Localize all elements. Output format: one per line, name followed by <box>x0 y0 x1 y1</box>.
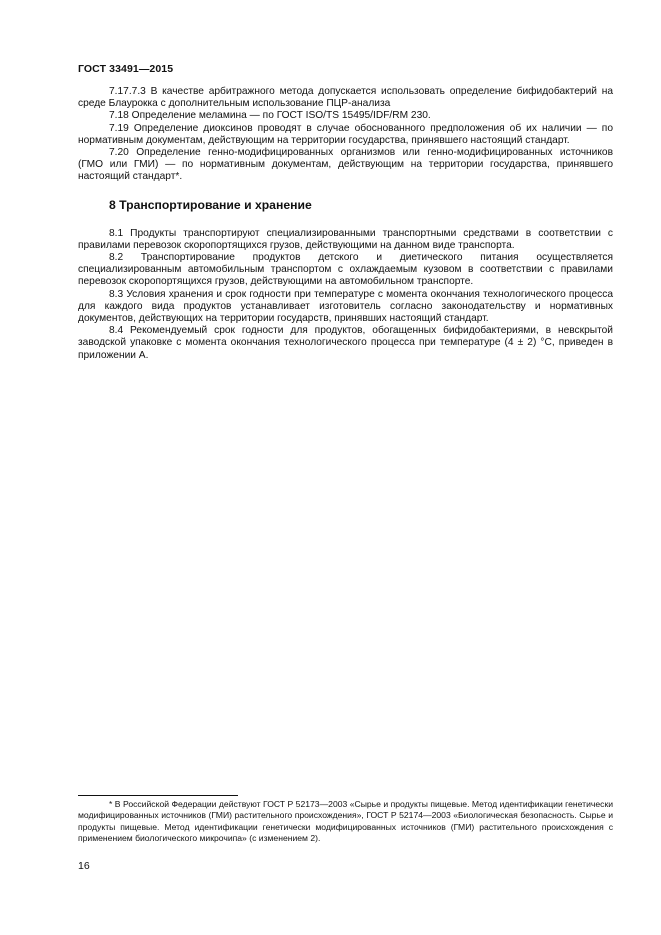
document-body: 7.17.7.3 В качестве арбитражного метода … <box>78 86 613 362</box>
paragraph-7-19: 7.19 Определение диоксинов проводят в сл… <box>78 123 613 147</box>
footnote-divider <box>78 795 238 796</box>
document-header: ГОСТ 33491—2015 <box>78 63 173 75</box>
page-number: 16 <box>78 860 90 872</box>
paragraph-7-17-7-3: 7.17.7.3 В качестве арбитражного метода … <box>78 86 613 110</box>
paragraph-8-4: 8.4 Рекомендуемый срок годности для прод… <box>78 325 613 362</box>
section-8-title: 8 Транспортирование и хранение <box>109 198 613 212</box>
paragraph-8-2: 8.2 Транспортирование продуктов детского… <box>78 252 613 289</box>
paragraph-7-18: 7.18 Определение меламина — по ГОСТ ISO/… <box>78 110 613 122</box>
footnote: * В Российской Федерации действуют ГОСТ … <box>78 799 613 845</box>
paragraph-8-3: 8.3 Условия хранения и срок годности при… <box>78 289 613 326</box>
paragraph-7-20: 7.20 Определение генно-модифицированных … <box>78 147 613 184</box>
paragraph-8-1: 8.1 Продукты транспортируют специализиро… <box>78 228 613 252</box>
